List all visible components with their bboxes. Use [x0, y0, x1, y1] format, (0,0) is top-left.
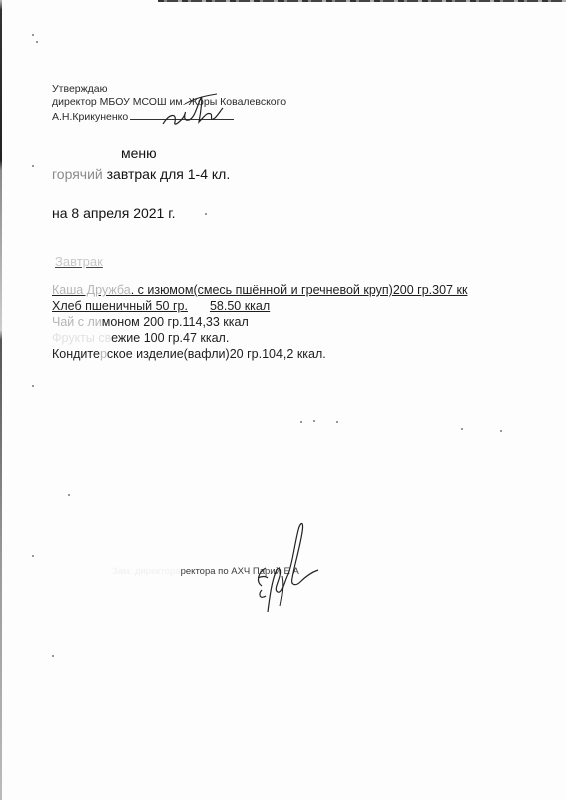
menu-item-text: моном 200 гр.114,33 ккал — [102, 315, 249, 329]
scanned-page: Утверждаю директор МБОУ МСОШ им. Жоры Ко… — [0, 0, 566, 800]
menu-item: Фрукты свежие 100 гр.47 ккал. — [52, 330, 467, 346]
scan-speck — [36, 41, 38, 43]
menu-item-faded: р — [100, 347, 107, 361]
menu-item: Чай с лимоном 200 гр.114,33 ккал — [52, 314, 467, 330]
scan-speck — [32, 555, 34, 557]
menu-item: Кондитерское изделие(вафли)20 гр.104,2 к… — [52, 346, 467, 362]
menu-item-faded: Чай с ли — [52, 315, 102, 329]
menu-item-faded: Каша Дружба — [52, 283, 131, 297]
scan-speck — [52, 655, 54, 657]
scan-edge-top — [158, 0, 566, 2]
scan-speck — [32, 34, 34, 36]
scan-speck — [32, 385, 34, 387]
scan-speck — [336, 421, 338, 423]
approval-signer-name: А.Н.Крикуненко — [52, 111, 128, 123]
scan-speck — [205, 213, 207, 215]
menu-item-text: . с изюмом(смесь пшённой и гречневой кру… — [131, 283, 468, 297]
menu-item-text: Хлеб пшеничный 50 гр. — [52, 299, 188, 313]
subtitle-text: завтрак для 1-4 кл. — [103, 166, 231, 182]
subtitle-faded: горячий — [52, 166, 103, 182]
menu-item-prefix: Кондите — [52, 347, 100, 361]
scan-edge-left — [0, 0, 2, 800]
scan-speck — [500, 430, 502, 432]
signer-faded: Зам. директора — [112, 566, 181, 577]
director-signature-icon — [155, 92, 235, 132]
scan-speck — [300, 421, 302, 423]
scan-speck — [461, 428, 463, 430]
scan-speck — [68, 494, 70, 496]
menu-item-text: ежие 100 гр.47 ккал. — [111, 331, 229, 345]
deputy-signature-icon — [248, 516, 328, 616]
section-heading: Завтрак — [55, 254, 103, 269]
menu-item: Хлеб пшеничный 50 гр.58.50 ккал — [52, 298, 467, 314]
menu-items-list: Каша Дружба. с изюмом(смесь пшённой и гр… — [52, 282, 467, 362]
menu-item-kcal: 58.50 ккал — [210, 299, 270, 313]
menu-subtitle: горячий завтрак для 1-4 кл. — [52, 166, 230, 182]
menu-item-faded: Фрукты св — [52, 331, 111, 345]
scan-speck — [32, 165, 34, 167]
menu-title: меню — [121, 145, 157, 161]
menu-item-text: ское изделие(вафли)20 гр.104,2 ккал. — [107, 347, 326, 361]
scan-speck — [313, 420, 315, 422]
menu-item: Каша Дружба. с изюмом(смесь пшённой и гр… — [52, 282, 467, 298]
menu-date: на 8 апреля 2021 г. — [52, 205, 176, 221]
